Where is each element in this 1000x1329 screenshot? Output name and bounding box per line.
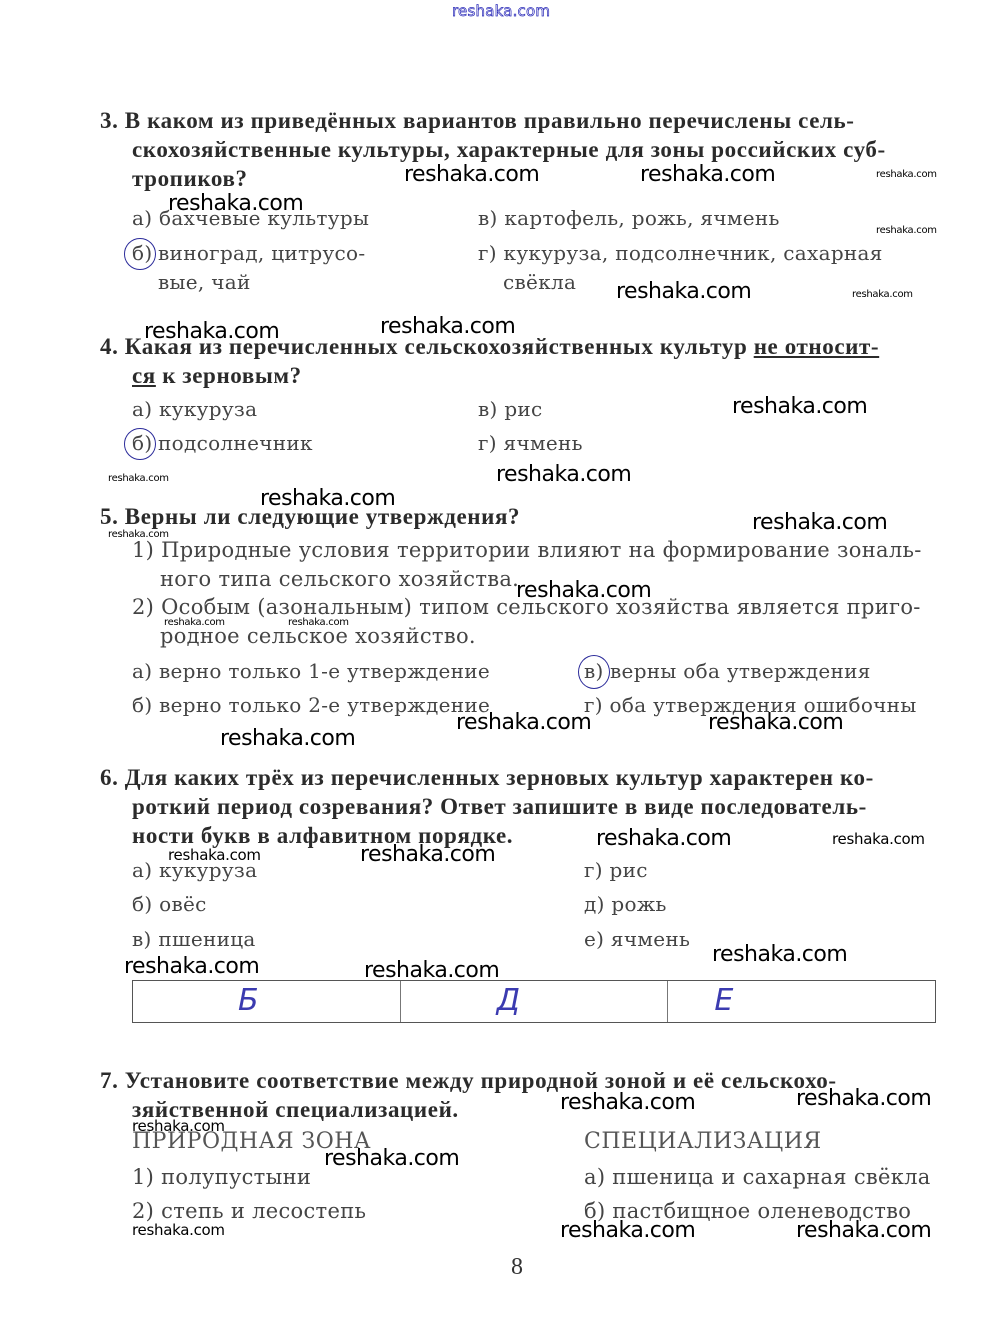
q6-line-1: 6. Для каких трёх из перечисленных зерно… xyxy=(100,765,874,791)
watermark: reshaka.com xyxy=(364,958,499,983)
watermark: reshaka.com xyxy=(752,510,887,535)
watermark: reshaka.com xyxy=(108,473,169,484)
watermark: reshaka.com xyxy=(640,162,775,187)
q7-right-item-a: а) пшеница и сахарная свёкла xyxy=(584,1165,931,1189)
q5-statement-1: 1) Природные условия территории влияют н… xyxy=(132,538,922,562)
q7-left-item-2: 2) степь и лесостепь xyxy=(132,1199,366,1223)
q6-option-v: в) пшеница xyxy=(132,927,256,951)
watermark: reshaka.com xyxy=(496,462,631,487)
q3-line-3: тропиков? xyxy=(132,166,248,192)
watermark: reshaka.com xyxy=(108,529,169,540)
watermark: reshaka.com xyxy=(144,319,279,344)
q4-option-v[interactable]: в) рис xyxy=(478,397,543,421)
watermark: reshaka.com xyxy=(404,162,539,187)
selected-circle-icon xyxy=(124,428,156,460)
q5-option-b[interactable]: б) верно только 2-е утверждение xyxy=(132,693,490,717)
q6-option-g: г) рис xyxy=(584,858,648,882)
answer-2: Д xyxy=(497,983,520,1018)
watermark: reshaka.com xyxy=(132,1117,225,1135)
q3-option-b-line-2: вые, чай xyxy=(158,270,251,294)
q7-right-header: СПЕЦИАЛИЗАЦИЯ xyxy=(584,1129,822,1154)
q7-left-item-1: 1) полупустыни xyxy=(132,1165,311,1189)
q6-line-2: роткий период созревания? Ответ запишите… xyxy=(132,794,867,820)
watermark: reshaka.com xyxy=(560,1218,695,1243)
q4-line-2: ся к зерновым? xyxy=(132,363,302,389)
answer-cell-1[interactable]: Б xyxy=(133,981,401,1022)
page-number: 8 xyxy=(511,1254,523,1281)
watermark: reshaka.com xyxy=(288,617,349,628)
q4-line-2-text: к зерновым? xyxy=(156,363,302,388)
q6-option-e: е) ячмень xyxy=(584,927,690,951)
watermark: reshaka.com xyxy=(168,191,303,216)
watermark: reshaka.com xyxy=(796,1086,931,1111)
q3-line-2: скохозяйственные культуры, характерные д… xyxy=(132,137,886,163)
watermark: reshaka.com xyxy=(708,710,843,735)
q3-option-v[interactable]: в) картофель, рожь, ячмень xyxy=(478,206,780,230)
q4-option-a[interactable]: а) кукуруза xyxy=(132,397,257,421)
answer-3: Е xyxy=(714,983,733,1018)
q4-option-g[interactable]: г) ячмень xyxy=(478,431,583,455)
watermark: reshaka.com xyxy=(132,1221,225,1239)
answer-1: Б xyxy=(238,983,259,1018)
answer-table: Б Д Е xyxy=(132,980,936,1023)
watermark: reshaka.com xyxy=(220,726,355,751)
header-watermark[interactable]: reshaka.com xyxy=(452,2,550,20)
q3-line-1: 3. В каком из приведённых вариантов прав… xyxy=(100,108,855,134)
watermark: reshaka.com xyxy=(168,846,261,864)
watermark: reshaka.com xyxy=(616,279,751,304)
answer-cell-3[interactable]: Е xyxy=(668,981,935,1022)
q3-option-g-line-1[interactable]: г) кукуруза, подсолнечник, сахарная xyxy=(478,241,883,265)
watermark: reshaka.com xyxy=(516,578,651,603)
watermark: reshaka.com xyxy=(876,225,937,236)
watermark: reshaka.com xyxy=(380,314,515,339)
watermark: reshaka.com xyxy=(732,394,867,419)
watermark: reshaka.com xyxy=(360,842,495,867)
watermark: reshaka.com xyxy=(596,826,731,851)
watermark: reshaka.com xyxy=(164,617,225,628)
q6-option-d: д) рожь xyxy=(584,892,667,916)
watermark: reshaka.com xyxy=(260,486,395,511)
answer-cell-2[interactable]: Д xyxy=(401,981,669,1022)
q5-statement-1-cont: ного типа сельского хозяйства. xyxy=(160,567,519,591)
watermark: reshaka.com xyxy=(324,1146,459,1171)
q6-option-b: б) овёс xyxy=(132,892,207,916)
q7-line-1: 7. Установите соответствие между природн… xyxy=(100,1068,837,1094)
watermark: reshaka.com xyxy=(852,289,913,300)
selected-circle-icon xyxy=(124,238,156,270)
watermark: reshaka.com xyxy=(560,1090,695,1115)
watermark: reshaka.com xyxy=(876,169,937,180)
selected-circle-icon xyxy=(578,655,610,689)
q3-option-b-line-1[interactable]: виноград, цитрусо- xyxy=(158,241,365,265)
watermark: reshaka.com xyxy=(712,942,847,967)
q4-emphasis-cont: ся xyxy=(132,363,156,388)
q5-option-v-text[interactable]: верны оба утверждения xyxy=(610,659,871,683)
q4-emphasis: не относит- xyxy=(754,334,879,359)
watermark: reshaka.com xyxy=(124,954,259,979)
watermark: reshaka.com xyxy=(832,830,925,848)
q4-option-b-text[interactable]: подсолнечник xyxy=(158,431,313,455)
watermark: reshaka.com xyxy=(796,1218,931,1243)
q5-option-a[interactable]: а) верно только 1-е утверждение xyxy=(132,659,490,683)
watermark: reshaka.com xyxy=(456,710,591,735)
q3-option-g-line-2: свёкла xyxy=(503,270,576,294)
